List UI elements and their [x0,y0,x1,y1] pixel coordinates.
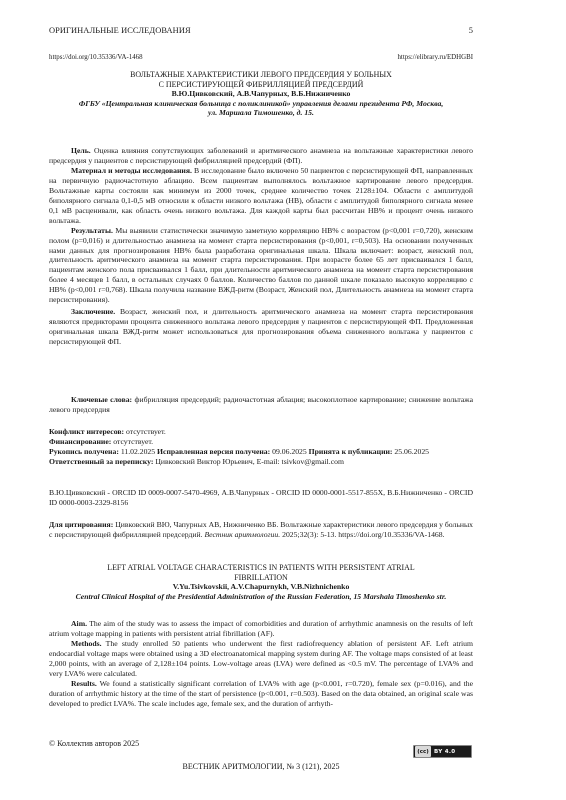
copyright: © Коллектив авторов 2025 [49,739,139,748]
ru-keywords: Ключевые слова: фибрилляция предсердий; … [49,395,473,415]
ru-title-line2: С ПЕРСИСТИРУЮЩЕЙ ФИБРИЛЛЯЦИЕЙ ПРЕДСЕРДИЙ [49,80,473,90]
conflict-of-interest: Конфликт интересов: отсутствует. [49,427,479,437]
en-title-line2: FIBRILLATION [49,573,473,583]
ru-affiliation-line1: ФГБУ «Центральная клиническая больница с… [49,99,473,109]
en-authors: V.Yu.Tsivkovskii, A.V.Chapurnykh, V.B.Ni… [49,582,473,592]
doi-link[interactable]: https://doi.org/10.35336/VA-1468 [49,54,143,61]
cc-license-badge[interactable]: (cc) BY 4.0 [413,745,472,758]
ru-title-block: ВОЛЬТАЖНЫЕ ХАРАКТЕРИСТИКИ ЛЕВОГО ПРЕДСЕР… [49,70,473,118]
en-aim: Aim. The aim of the study was to assess … [49,619,473,639]
ru-abstract: Цель. Оценка влияния сопутствующих забол… [49,146,473,347]
en-abstract: Aim. The aim of the study was to assess … [49,619,473,709]
ru-results: Результаты. Мы выявили статистически зна… [49,226,473,306]
orcid-block: В.Ю.Цивковский - ORCID ID 0009-0007-5470… [49,488,473,508]
ru-title-line1: ВОЛЬТАЖНЫЕ ХАРАКТЕРИСТИКИ ЛЕВОГО ПРЕДСЕР… [49,70,473,80]
ru-authors: В.Ю.Цивковский, А.В.Чапурных, В.Б.Нижнич… [49,89,473,99]
en-title-line1: LEFT ATRIAL VOLTAGE CHARACTERISTICS IN P… [49,563,473,573]
en-results: Results. We found a statistically signif… [49,679,473,709]
elibrary-link[interactable]: https://elibrary.ru/EDHGBI [397,54,473,61]
journal-footer: ВЕСТНИК АРИТМОЛОГИИ, № 3 (121), 2025 [49,762,473,771]
ru-methods: Материал и методы исследования. В исслед… [49,166,473,226]
correspondence: Ответственный за переписку: Цивковский В… [49,457,479,467]
ru-aim: Цель. Оценка влияния сопутствующих забол… [49,146,473,166]
page-number: 5 [469,26,473,35]
citation-block: Для цитирования: Цивковский ВЮ, Чапурных… [49,520,473,540]
ru-meta-block: Конфликт интересов: отсутствует. Финанси… [49,427,479,467]
funding: Финансирование: отсутствует. [49,437,479,447]
ru-conclusion: Заключение. Возраст, женский пол, и длит… [49,307,473,347]
creative-commons-icon: (cc) [415,746,431,757]
en-title-block: LEFT ATRIAL VOLTAGE CHARACTERISTICS IN P… [49,563,473,601]
section-header: ОРИГИНАЛЬНЫЕ ИССЛЕДОВАНИЯ [49,26,191,35]
license-label: BY 4.0 [434,749,455,755]
en-affiliation: Central Clinical Hospital of the Preside… [49,592,473,602]
ru-affiliation-line2: ул. Маршала Тимошенко, д. 15. [49,108,473,118]
en-methods: Methods. The study enrolled 50 patients … [49,639,473,679]
manuscript-dates: Рукопись получена: 11.02.2025 Исправленн… [49,447,479,457]
